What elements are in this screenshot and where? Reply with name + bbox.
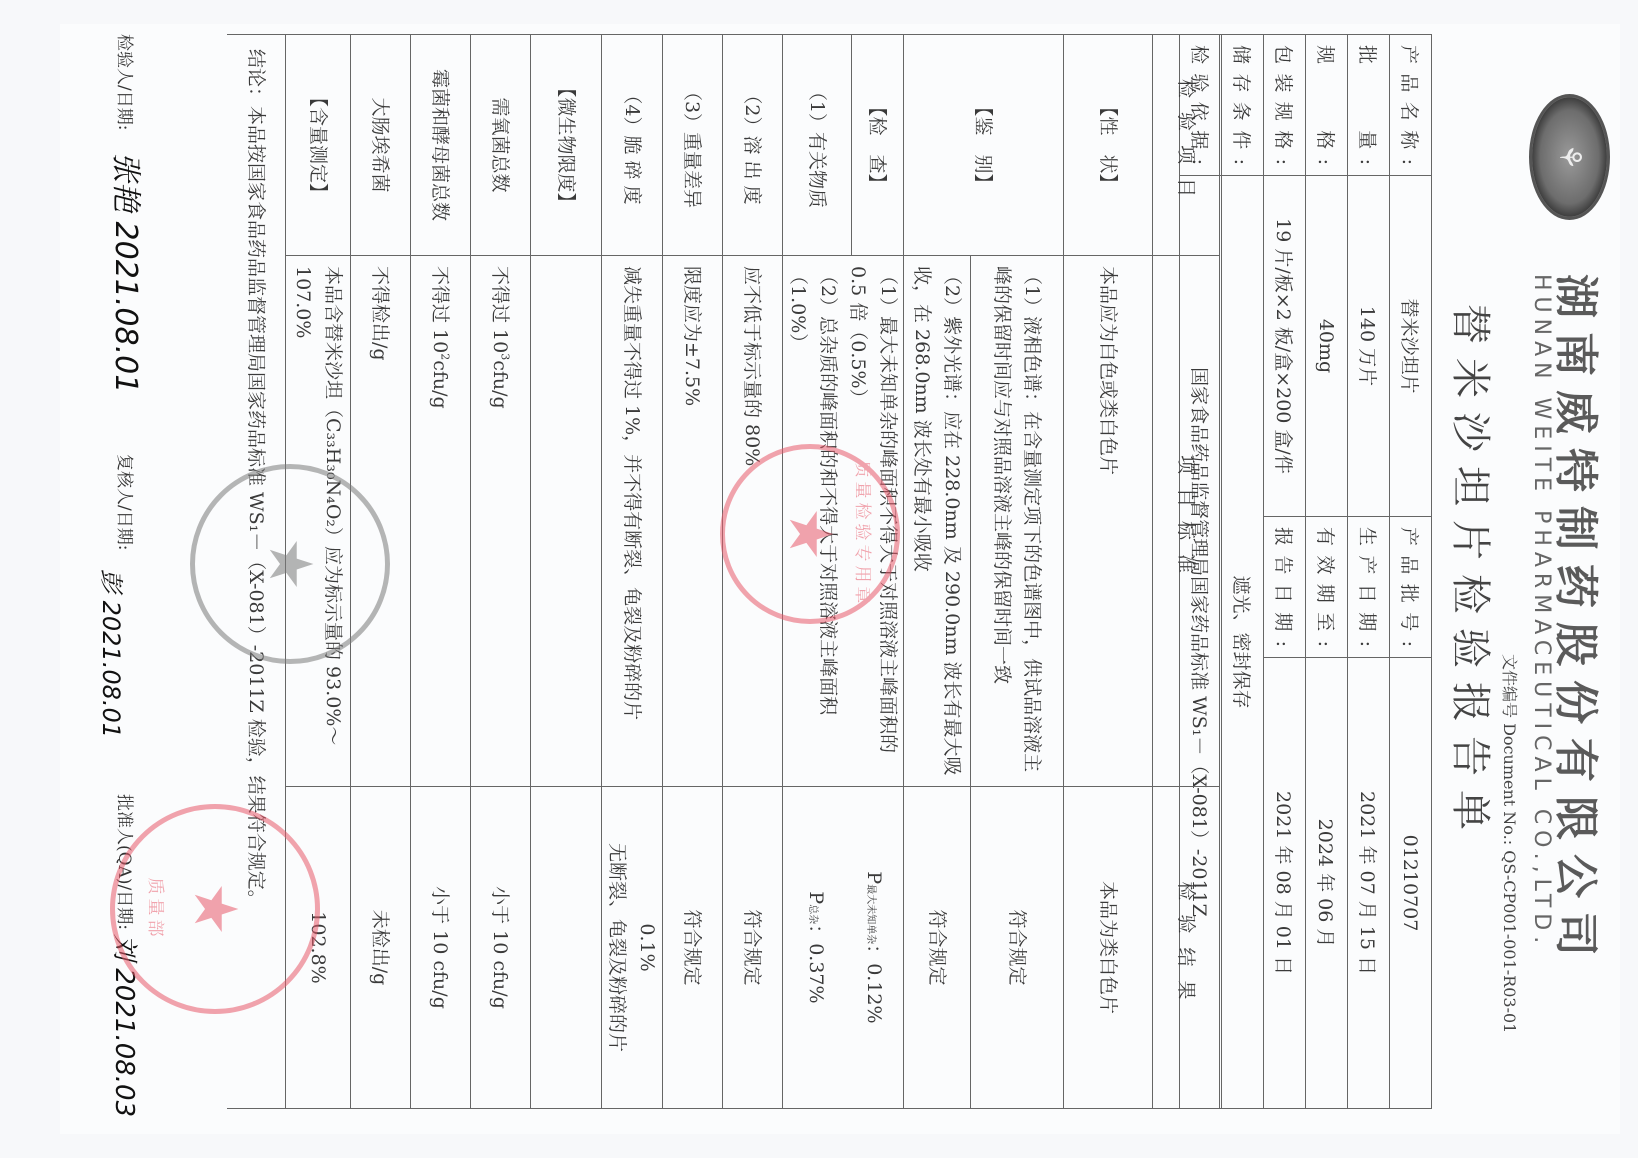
company-logo: ⚘ — [1529, 94, 1610, 220]
document-number: 文件编号 Document No.: QS-CP001-001-R03-01 — [1499, 654, 1522, 1033]
standard-identification-1: （1）液相色谱：在含量测定项下的色谱图中，供试品溶液主峰的保留时间应与对照品溶液… — [971, 256, 1064, 787]
table-header-row: 检验项目 项目标准 检验结果 — [1153, 35, 1220, 1109]
scanned-document: ⚘ 湖南威特制药股份有限公司 HUNAN WEITE PHARMACEUTICA… — [0, 0, 1638, 1158]
qc-stamp-text: 质量检验专用章 — [852, 461, 877, 608]
qa-stamp-text: 质量部 — [145, 878, 170, 941]
result-aerobic-count: 小于 10 cfu/g — [471, 787, 531, 1109]
spec-value: 40mg — [1306, 176, 1348, 517]
item-microbial: 【微生物限度】 — [531, 35, 602, 256]
report-title: 替米沙坦片检验报告单 — [1445, 304, 1502, 844]
column-header-result: 检验结果 — [1153, 787, 1220, 1109]
reviewer-signature: 彭 2021.08.01 — [96, 569, 131, 738]
item-e-coli: 大肠埃希菌 — [351, 35, 411, 256]
item-assay: 【含量测定】 — [286, 35, 351, 256]
spec-label: 规 格: — [1306, 35, 1348, 176]
item-aerobic-count: 需氧菌总数 — [471, 35, 531, 256]
table-row-identification-1: 【鉴 别】 （1）液相色谱：在含量测定项下的色谱图中，供试品溶液主峰的保留时间应… — [971, 35, 1064, 1109]
report-date-value: 2021 年 08 月 01 日 — [1264, 658, 1306, 1109]
result-friability-note: 无断裂、龟裂及粉碎的片 — [602, 797, 632, 1098]
standard-weight-variation: 限度应为±7.5% — [663, 256, 723, 787]
packaging-value: 19 片/板×2 板/盒×200 盒/件 — [1264, 176, 1306, 517]
item-identification: 【鉴 别】 — [904, 35, 1064, 256]
item-friability: （4）脆 碎 度 — [602, 35, 663, 256]
column-header-standard: 项目标准 — [1153, 256, 1220, 787]
quantity-value: 140 万片 — [1348, 176, 1390, 517]
inspector-signature: 张艳 2021.08.01 — [107, 152, 151, 393]
expiry-value: 2024 年 06 月 — [1306, 658, 1348, 1109]
result-appearance: 本品为类白色片 — [1064, 787, 1153, 1109]
standard-friability: 减失重量不得过 1%，并不得有断裂、龟裂及粉碎的片 — [602, 256, 663, 787]
batch-no-value: 01210707 — [1390, 658, 1432, 1109]
production-date-value: 2021 年 07 月 15 日 — [1348, 658, 1390, 1109]
batch-no-label: 产品批号: — [1390, 517, 1432, 658]
item-weight-variation: （3）重量差异 — [663, 35, 723, 256]
result-e-coli: 未检出/g — [351, 787, 411, 1109]
result-identification-2: 符合规定 — [904, 787, 971, 1109]
item-dissolution: （2）溶 出 度 — [723, 35, 783, 256]
qa-stamp: ★ 质量部 — [110, 804, 320, 1014]
table-row-weight-variation: （3）重量差异 限度应为±7.5% 符合规定 — [663, 35, 723, 1109]
company-stamp-gray: ★ — [190, 464, 390, 664]
storage-label: 储存条件: — [1222, 35, 1264, 176]
quantity-label: 批 量: — [1348, 35, 1390, 176]
result-max-unknown-impurity: P最大未知单杂：0.12% — [855, 797, 889, 1098]
reviewer-label: 复核人/日期: — [114, 454, 139, 550]
result-weight-variation: 符合规定 — [663, 787, 723, 1109]
standard-identification-2: （2）紫外光谱：应在 228.0nm 及 290.0nm 波长有最大吸收，在 2… — [904, 256, 971, 787]
standard-mold-yeast: 不得过 102cfu/g — [411, 256, 471, 787]
inspector-label: 检验人/日期: — [114, 34, 139, 130]
item-mold-yeast: 霉菌和酵母菌总数 — [411, 35, 471, 256]
result-dissolution: 符合规定 — [723, 787, 783, 1109]
info-row: 产品名称: 替米沙坦片 产品批号: 01210707 — [1390, 35, 1432, 1109]
report-date-label: 报告日期: — [1264, 517, 1306, 658]
standard-aerobic-count: 不得过 103cfu/g — [471, 256, 531, 787]
inspection-report-page: ⚘ 湖南威特制药股份有限公司 HUNAN WEITE PHARMACEUTICA… — [60, 24, 1620, 1134]
info-row: 储存条件: 遮光、密封保存 — [1222, 35, 1264, 1109]
report-header: ⚘ 湖南威特制药股份有限公司 HUNAN WEITE PHARMACEUTICA… — [1440, 24, 1620, 1134]
company-name-en: HUNAN WEITE PHARMACEUTICAL CO.,LTD. — [1529, 274, 1554, 949]
product-name-value: 替米沙坦片 — [1390, 176, 1432, 517]
stamp-star-icon: ★ — [180, 882, 250, 936]
empty-cell — [531, 787, 602, 1109]
result-friability: 0.1% 无断裂、龟裂及粉碎的片 — [602, 787, 663, 1109]
column-header-item: 检验项目 — [1153, 35, 1220, 256]
stamp-star-icon: ★ — [255, 537, 325, 591]
stamp-star-icon: ★ — [775, 507, 845, 561]
company-name-cn: 湖南威特制药股份有限公司 — [1548, 274, 1612, 970]
result-identification-1: 符合规定 — [971, 787, 1064, 1109]
document-number-value: QS-CP001-001-R03-01 — [1500, 850, 1519, 1033]
company-logo-icon: ⚘ — [1532, 97, 1607, 217]
standard-appearance: 本品应为白色或类白色片 — [1064, 256, 1153, 787]
table-row-appearance: 【性 状】 本品应为白色或类白色片 本品为类白色片 — [1064, 35, 1153, 1109]
expiry-label: 有效期至: — [1306, 517, 1348, 658]
item-related-substances: （1）有关物质 — [783, 35, 852, 256]
result-friability-value: 0.1% — [632, 797, 662, 1098]
production-date-label: 生产日期: — [1348, 517, 1390, 658]
result-related-substances: P最大未知单杂：0.12% P总杂：0.37% — [783, 787, 904, 1109]
info-row: 规 格: 40mg 有效期至: 2024 年 06 月 — [1306, 35, 1348, 1109]
info-row: 批 量: 140 万片 生产日期: 2021 年 07 月 15 日 — [1348, 35, 1390, 1109]
table-row-mold-yeast: 霉菌和酵母菌总数 不得过 102cfu/g 小于 10 cfu/g — [411, 35, 471, 1109]
table-row-friability: （4）脆 碎 度 减失重量不得过 1%，并不得有断裂、龟裂及粉碎的片 0.1% … — [602, 35, 663, 1109]
table-row-aerobic-count: 需氧菌总数 不得过 103cfu/g 小于 10 cfu/g — [471, 35, 531, 1109]
storage-value: 遮光、密封保存 — [1222, 176, 1264, 1109]
info-row: 包装规格: 19 片/板×2 板/盒×200 盒/件 报告日期: 2021 年 … — [1264, 35, 1306, 1109]
product-name-label: 产品名称: — [1390, 35, 1432, 176]
empty-cell — [531, 256, 602, 787]
qc-stamp: ★ 质量检验专用章 — [720, 444, 900, 624]
table-row-microbial-header: 【微生物限度】 — [531, 35, 602, 1109]
result-total-impurity: P总杂：0.37% — [797, 797, 831, 1098]
result-mold-yeast: 小于 10 cfu/g — [411, 787, 471, 1109]
item-inspection: 【检 查】 — [851, 35, 903, 256]
packaging-label: 包装规格: — [1264, 35, 1306, 176]
item-appearance: 【性 状】 — [1064, 35, 1153, 256]
document-number-label: 文件编号 Document No.: — [1500, 654, 1519, 845]
